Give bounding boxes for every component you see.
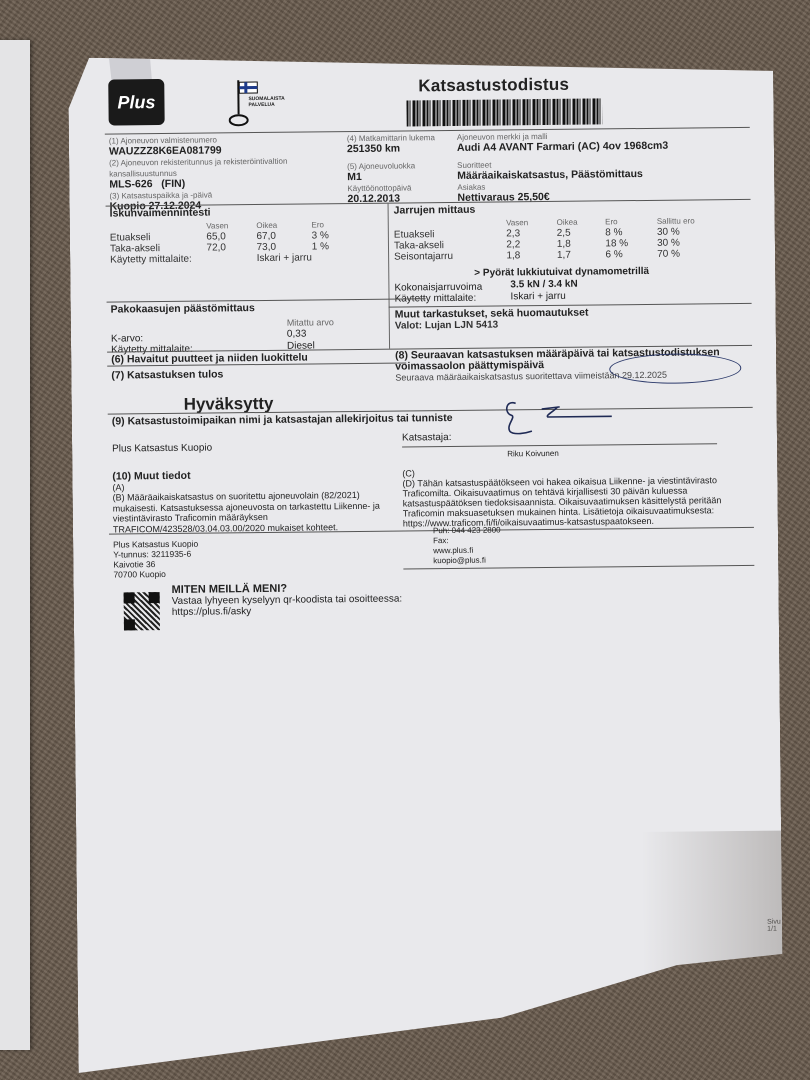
table-cell: 8 %	[605, 227, 657, 239]
inspector-name: Riku Koivunen	[507, 449, 559, 459]
brake-test-table: Vasen Oikea Ero Sallittu ero Etuakseli2,…	[394, 215, 734, 263]
reg-label: (2) Ajoneuvon rekisteritunnus ja rekiste…	[109, 155, 349, 180]
table-cell: 1,7	[557, 249, 606, 261]
table-cell: 2,5	[557, 227, 606, 239]
k-value-label: K-arvo:	[111, 333, 143, 344]
document-title: Katsastustodistus	[418, 75, 569, 97]
avainlippu-key-flag-icon: SUOMALAISTA PALVELUA	[228, 78, 289, 129]
adjacent-sheet	[0, 40, 30, 1050]
k-value: 0,33	[287, 329, 307, 340]
station-name: Plus Katsastus Kuopio	[112, 443, 212, 455]
emissions-measured-label: Mitattu arvo	[287, 317, 334, 327]
shock-device-label: Käytetty mittalaite:	[110, 253, 257, 266]
table-cell: 1 %	[312, 241, 360, 253]
qr-code-icon[interactable]	[124, 592, 160, 630]
shock-test-table: Vasen Oikea Ero Etuakseli 65,0 67,0 3 % …	[110, 219, 360, 266]
make-value: Audi A4 AVANT Farmari (AC) 4ov 1968cm3	[457, 140, 757, 154]
column-divider	[388, 203, 391, 349]
table-cell: Oikea	[557, 216, 606, 228]
brake-note: > Pyörät lukkiutuivat dynamometrillä	[474, 266, 649, 279]
inspector-label: Katsastaja:	[402, 432, 452, 444]
barcode	[406, 98, 602, 126]
survey-link[interactable]: https://plus.fi/asky	[172, 605, 403, 618]
table-cell: Seisontajarru	[394, 250, 506, 262]
table-cell: 18 %	[605, 238, 657, 250]
brake-device-value: Iskari + jarru	[510, 291, 565, 303]
shock-test-heading: Iskunvaimennintesti	[110, 205, 380, 220]
other-checks-text: Valot: Lujan LJN 5413	[395, 317, 755, 332]
table-cell: 65,0	[206, 231, 256, 243]
table-cell: 1,8	[557, 238, 606, 250]
table-cell: 72,0	[206, 242, 256, 254]
table-cell: 67,0	[256, 230, 311, 242]
table-cell: Ero	[311, 219, 359, 231]
page-number: Sivu 1/1	[767, 919, 782, 933]
inspection-certificate: Plus SUOMALAISTA PALVELUA Katsastustodis…	[68, 51, 784, 1073]
shock-device-value: Iskari + jarru	[257, 252, 361, 264]
table-cell: Vasen	[206, 220, 256, 232]
table-cell: Sallittu ero	[657, 215, 734, 227]
table-cell: 73,0	[257, 241, 312, 253]
table-cell: 6 %	[605, 249, 657, 261]
badge-line-2: PALVELUA	[248, 102, 284, 108]
plus-logo: Plus	[108, 79, 164, 126]
result-heading: (7) Katsastuksen tulos	[111, 368, 223, 381]
other-info-d: (D) Tähän katsastuspäätökseen voi hakea …	[402, 475, 732, 518]
odometer-value: 251350 km	[347, 143, 447, 155]
table-cell: 30 %	[657, 237, 734, 249]
table-cell: 1,8	[506, 250, 557, 262]
table-cell: 2,3	[506, 228, 557, 240]
other-info-b: (B) Määräaikaiskatsastus on suoritettu a…	[113, 490, 393, 535]
table-cell: Ero	[605, 216, 657, 228]
table-cell: 3 %	[312, 230, 360, 242]
emissions-heading: Pakokaasujen päästömittaus	[111, 301, 381, 316]
brake-total-label: Kokonaisjarruvoima	[394, 282, 482, 294]
table-cell: 70 %	[657, 248, 734, 260]
brake-test-heading: Jarrujen mittaus	[394, 201, 754, 217]
company-ytunnus: Y-tunnus: 3211935-6	[113, 549, 198, 560]
company-city: 70700 Kuopio	[113, 569, 198, 580]
table-cell: 30 %	[657, 226, 734, 238]
company-email[interactable]: kuopio@plus.fi	[433, 555, 501, 566]
signature-heading: (9) Katsastustoimipaikan nimi ja katsast…	[112, 412, 453, 428]
table-cell: Oikea	[256, 219, 311, 231]
table-cell: Vasen	[506, 217, 557, 229]
inspector-signature	[502, 394, 622, 439]
brake-total-value: 3.5 kN / 3.4 kN	[510, 279, 577, 291]
company-phone: Puh: 044 423 2800	[433, 525, 501, 536]
table-row: Seisontajarru1,8 1,76 % 70 %	[394, 248, 734, 263]
signature-line	[402, 443, 717, 447]
table-cell: 2,2	[506, 239, 557, 251]
